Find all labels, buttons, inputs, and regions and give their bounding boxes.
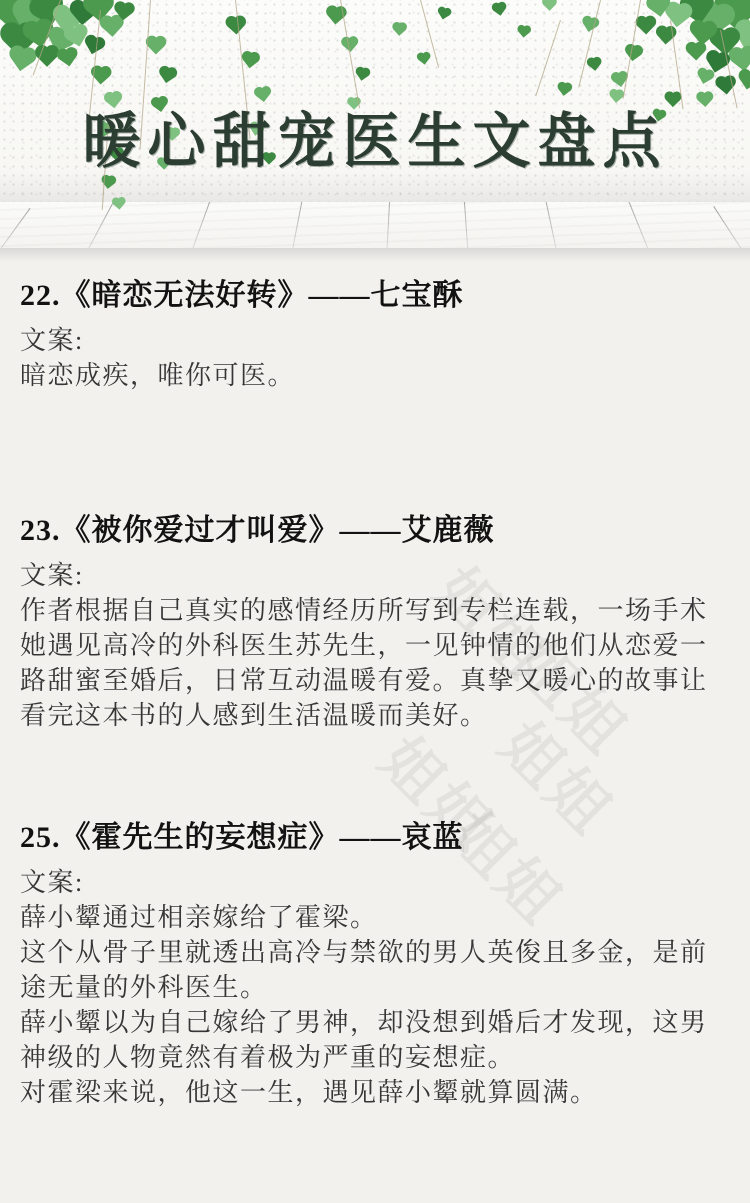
caption-line: 神级的人物竟然有着极为严重的妄想症。 bbox=[20, 1040, 736, 1075]
plank-seam bbox=[545, 202, 559, 248]
book-entry-25: 25.《霍先生的妄想症》——哀蓝 文案: 薛小颦通过相亲嫁给了霍梁。 这个从骨子… bbox=[20, 818, 736, 1110]
plank-seam bbox=[0, 208, 31, 248]
ivy-leaf-icon bbox=[102, 17, 122, 37]
ivy-leaf-icon bbox=[393, 23, 406, 36]
caption-line: 作者根据自己真实的感情经历所写到专栏连载，一场手术 bbox=[20, 593, 736, 628]
caption-label: 文案: bbox=[20, 558, 736, 593]
ivy-leaf-icon bbox=[698, 70, 712, 84]
promo-page: 暖心甜宠医生文盘点 姐姐姐姐姐姐姐姐姐姐 22.《暗恋无法好转》——七宝酥 文案… bbox=[0, 0, 750, 1203]
ivy-leaf-icon bbox=[160, 68, 175, 83]
book-heading: 22.《暗恋无法好转》——七宝酥 bbox=[20, 276, 736, 316]
caption-line: 途无量的外科医生。 bbox=[20, 970, 736, 1005]
caption-line: 对霍梁来说，他这一生，遇见薛小颦就算圆满。 bbox=[20, 1075, 736, 1110]
caption-line: 她遇见高冷的外科医生苏先生，一见钟情的他们从恋爱一 bbox=[20, 628, 736, 663]
ivy-stem bbox=[578, 0, 601, 87]
ivy-leaf-icon bbox=[610, 90, 623, 103]
wood-floor bbox=[0, 202, 750, 248]
ivy-leaf-icon bbox=[438, 8, 449, 19]
ivy-leaf-icon bbox=[243, 53, 258, 68]
plank-seam bbox=[386, 202, 390, 248]
caption-line: 薛小颦通过相亲嫁给了霍梁。 bbox=[20, 900, 736, 935]
ivy-leaf-icon bbox=[228, 18, 245, 35]
ivy-leaf-icon bbox=[356, 68, 369, 81]
plank-seam bbox=[628, 202, 653, 248]
ivy-leaf-icon bbox=[558, 83, 571, 96]
ivy-leaf-icon bbox=[688, 44, 705, 61]
book-entry-23: 23.《被你爱过才叫爱》——艾鹿薇 文案: 作者根据自己真实的感情经历所写到专栏… bbox=[20, 511, 736, 733]
ivy-leaf-icon bbox=[11, 49, 33, 71]
caption-label: 文案: bbox=[20, 323, 736, 358]
floor-shadow bbox=[0, 248, 750, 262]
ivy-leaf-icon bbox=[732, 49, 750, 71]
plank-seam bbox=[464, 202, 469, 248]
ivy-leaf-icon bbox=[493, 3, 506, 16]
ivy-leaf-icon bbox=[638, 18, 655, 35]
plank-seam bbox=[188, 202, 211, 248]
book-entry-22: 22.《暗恋无法好转》——七宝酥 文案: 暗恋成疾，唯你可医。 bbox=[20, 276, 736, 393]
ivy-leaf-icon bbox=[60, 50, 77, 67]
wall-background: 暖心甜宠医生文盘点 bbox=[0, 0, 750, 204]
page-title: 暖心甜宠医生文盘点 bbox=[0, 102, 750, 180]
plank-seam bbox=[82, 203, 113, 248]
ivy-stem bbox=[340, 0, 360, 108]
plank-seam bbox=[290, 202, 303, 248]
book-heading: 25.《霍先生的妄想症》——哀蓝 bbox=[20, 818, 736, 858]
ivy-leaf-icon bbox=[739, 71, 750, 89]
caption-label: 文案: bbox=[20, 865, 736, 900]
caption-line: 路甜蜜至婚后，日常互动温暖有爱。真挚又暖心的故事让 bbox=[20, 663, 736, 698]
ivy-leaf-icon bbox=[626, 46, 641, 61]
ivy-leaf-icon bbox=[418, 53, 429, 64]
caption-line: 暗恋成疾，唯你可医。 bbox=[20, 358, 736, 393]
ivy-leaf-icon bbox=[86, 38, 102, 54]
caption-line: 看完这本书的人感到生活温暖而美好。 bbox=[20, 698, 736, 733]
ivy-leaf-icon bbox=[588, 58, 601, 71]
ivy-leaf-icon bbox=[148, 38, 165, 55]
ivy-leaf-icon bbox=[518, 26, 529, 37]
ivy-leaf-icon bbox=[256, 88, 270, 102]
plank-seam bbox=[713, 206, 749, 248]
ivy-leaf-icon bbox=[93, 68, 110, 85]
ivy-leaf-icon bbox=[343, 38, 357, 52]
ivy-leaf-icon bbox=[543, 0, 556, 11]
caption-line: 薛小颦以为自己嫁给了男神，却没想到婚后才发现，这男 bbox=[20, 1005, 736, 1040]
caption-line: 这个从骨子里就透出高冷与禁欲的男人英俊且多金，是前 bbox=[20, 935, 736, 970]
book-heading: 23.《被你爱过才叫爱》——艾鹿薇 bbox=[20, 511, 736, 551]
